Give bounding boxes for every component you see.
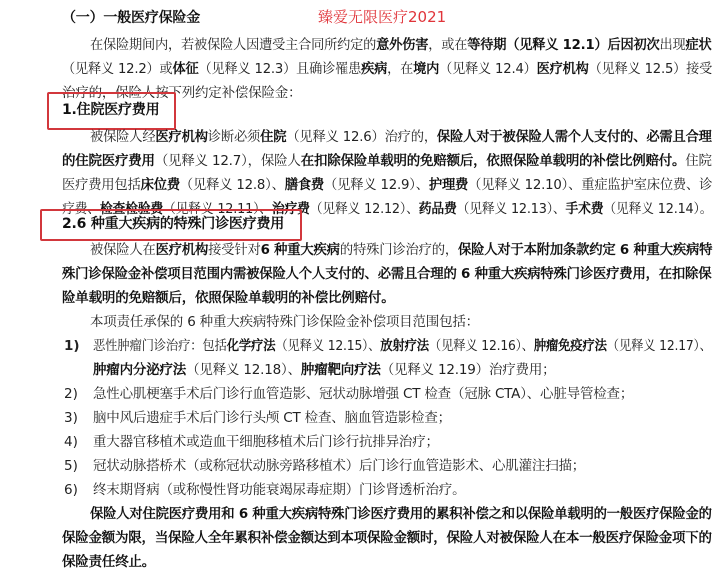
- watermark-label: 臻爱无限医疗2021: [318, 7, 446, 27]
- list-number-3: 3): [64, 408, 78, 428]
- list-item-1-line-2: 肿瘤内分泌疗法（见释义 12.18）、肿瘤靶向疗法（见释义 12.19）治疗费用…: [93, 360, 555, 380]
- list-number-2: 2): [64, 384, 78, 404]
- intro-line-1: 在保险期间内，若被保险人因遭受主合同所约定的意外伤害，或在等待期（见释义 12.…: [90, 35, 694, 55]
- item2-scope-intro: 本项责任承保的 6 种重大疾病特殊门诊保险金补偿项目范围包括：: [90, 312, 479, 332]
- closing-line-3: 保险责任终止。: [62, 552, 155, 570]
- section-title: （一）一般医疗保险金: [62, 8, 200, 28]
- list-item-5: 冠状动脉搭桥术（或称冠状动脉旁路移植术）后门诊行血管造影术、心肌灌注扫描；: [93, 456, 585, 476]
- item2-title: 2.6 种重大疾病的特殊门诊医疗费用: [62, 214, 284, 234]
- item2-line-3: 险单载明的免赔额后，依照保险单载明的补偿比例赔付。: [62, 288, 395, 308]
- list-number-4: 4): [64, 432, 78, 452]
- intro-line-2: （见释义 12.2）或体征（见释义 12.3）且确诊罹患疾病，在境内（见释义 1…: [62, 59, 693, 79]
- item1-line-1: 被保险人经医疗机构诊断必须住院（见释义 12.6）治疗的，保险人对于被保险人需个…: [90, 127, 712, 147]
- list-number-5: 5): [64, 456, 78, 476]
- item2-line-2: 殊门诊保险金补偿项目范围内需被保险人个人支付的、必需且合理的 6 种重大疾病特殊…: [62, 264, 711, 284]
- list-item-6: 终末期肾病（或称慢性肾功能衰竭尿毒症期）门诊肾透析治疗。: [93, 480, 465, 500]
- item2-line-1: 被保险人在医疗机构接受针对6 种重大疾病的特殊门诊治疗的，保险人对于本附加条款约…: [90, 240, 712, 260]
- list-item-4: 重大器官移植术或造血干细胞移植术后门诊行抗排异治疗；: [93, 432, 439, 452]
- list-item-2: 急性心肌梗塞手术后门诊行血管造影、冠状动脉增强 CT 检查（冠脉 CTA）、心脏…: [93, 384, 633, 404]
- item1-line-3: 医疗费用包括床位费（见释义 12.8）、膳食费（见释义 12.9）、护理费（见释…: [62, 175, 712, 195]
- list-item-1-line-1: 恶性肿瘤门诊治疗：包括化学疗法（见释义 12.15）、放射疗法（见释义 12.1…: [93, 336, 712, 356]
- closing-line-2: 保险金额为限，当保险人全年累积补偿金额达到本项保险金额时，保险人对被保险人在本一…: [62, 528, 712, 548]
- item1-title: 1.住院医疗费用: [62, 100, 159, 120]
- list-item-3: 脑中风后遗症手术后门诊行头颅 CT 检查、脑血管造影检查；: [93, 408, 451, 428]
- list-number-1: 1): [64, 336, 80, 356]
- policy-document-page: 臻爱无限医疗2021 （一）一般医疗保险金 在保险期间内，若被保险人因遭受主合同…: [0, 0, 720, 570]
- list-number-6: 6): [64, 480, 78, 500]
- closing-line-1: 保险人对住院医疗费用和 6 种重大疾病特殊门诊医疗费用的累积补偿之和以保险单载明…: [90, 504, 712, 524]
- item1-line-2: 的住院医疗费用（见释义 12.7），保险人在扣除保险单载明的免赔额后，依照保险单…: [62, 151, 712, 171]
